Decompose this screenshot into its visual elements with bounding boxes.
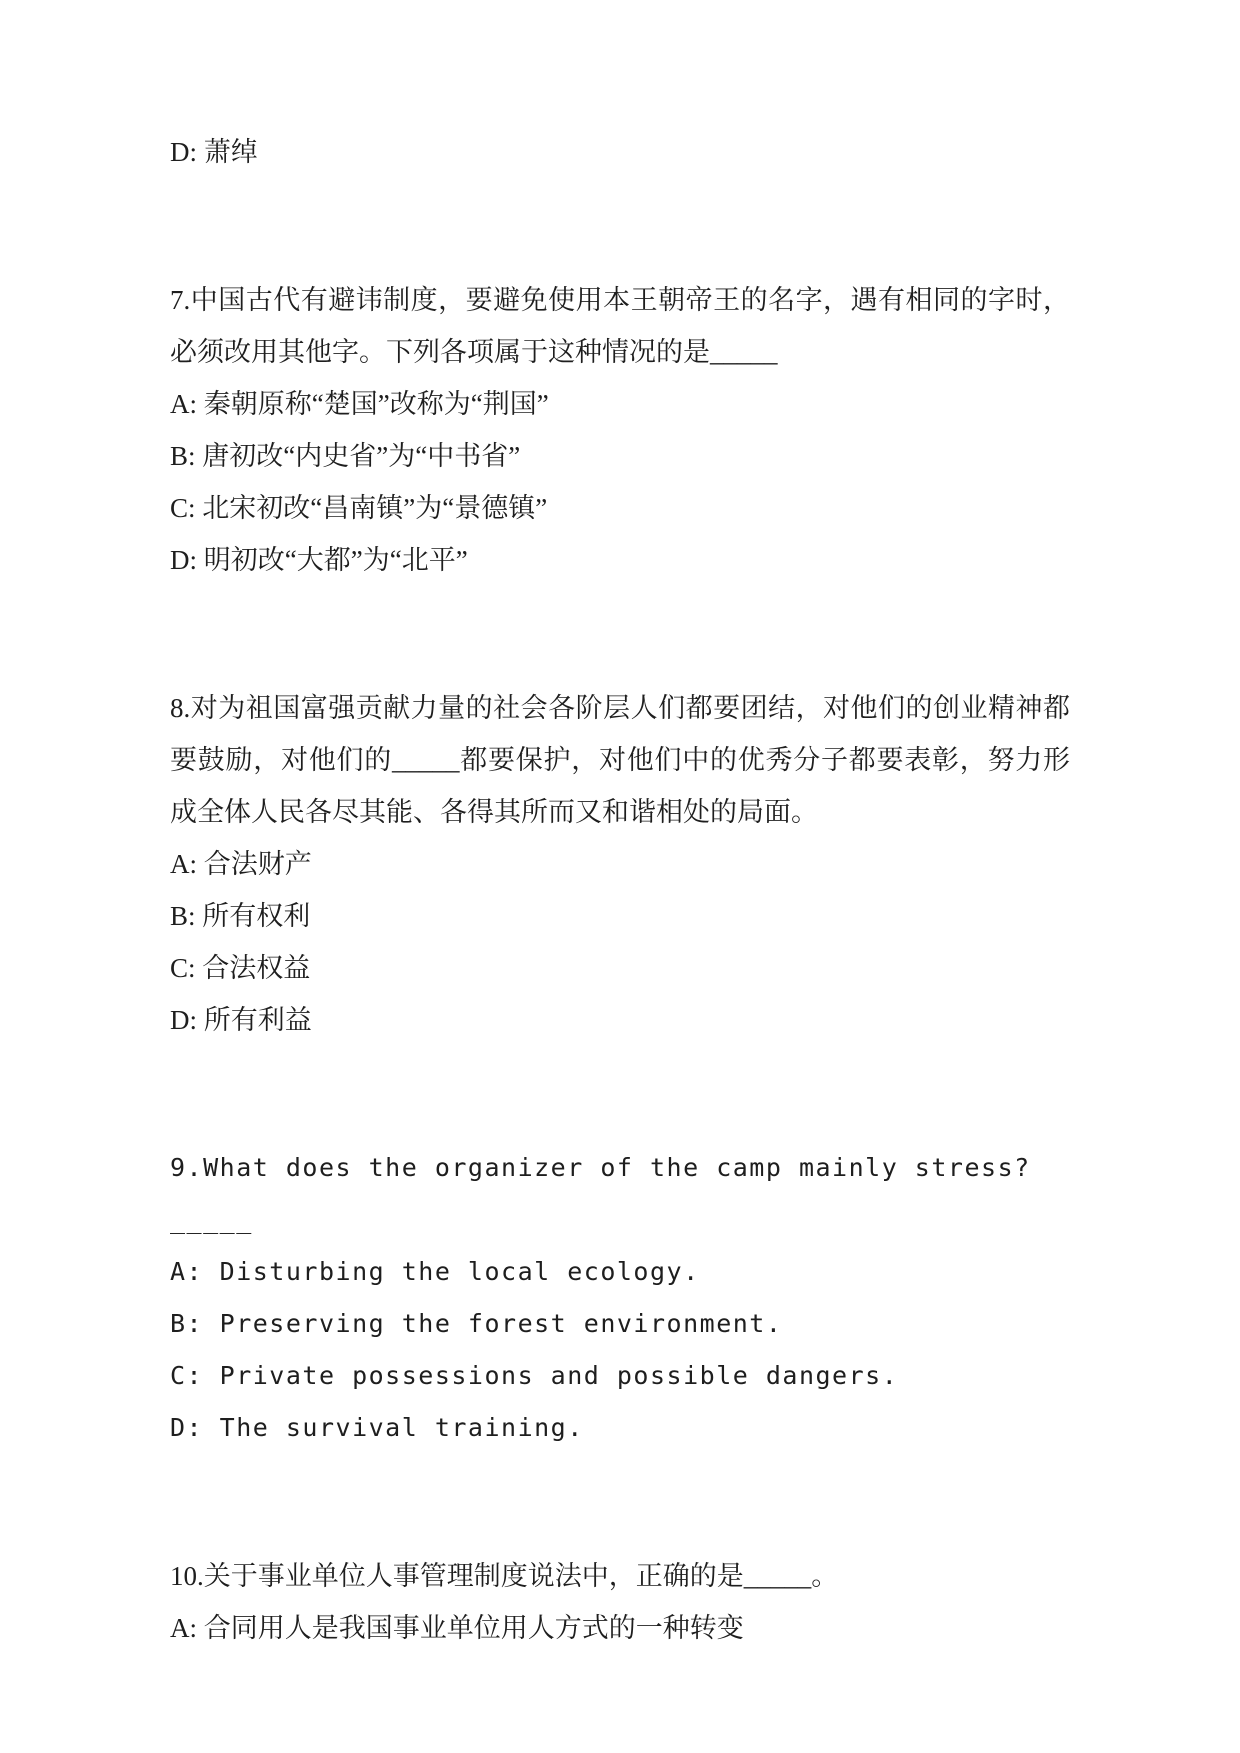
question-8-stem: 8.对为祖国富强贡献力量的社会各阶层人们都要团结，对他们的创业精神都要鼓励，对他… [170, 682, 1070, 838]
exam-document-page: D: 萧绰 7.中国古代有避讳制度，要避免使用本王朝帝王的名字，遇有相同的字时，… [0, 0, 1240, 1753]
question-9: 9.What does the organizer of the camp ma… [170, 1142, 1070, 1454]
question-9-option-b: B: Preserving the forest environment. [170, 1298, 1070, 1350]
question-8: 8.对为祖国富强贡献力量的社会各阶层人们都要团结，对他们的创业精神都要鼓励，对他… [170, 682, 1070, 1046]
question-8-option-d: D: 所有利益 [170, 994, 1070, 1046]
question-8-option-a: A: 合法财产 [170, 838, 1070, 890]
question-6-option-d: D: 萧绰 [170, 126, 1070, 178]
question-10-stem: 10.关于事业单位人事管理制度说法中，正确的是_____。 [170, 1550, 1070, 1602]
question-7-option-d: D: 明初改“大都”为“北平” [170, 534, 1070, 586]
question-7-option-c: C: 北宋初改“昌南镇”为“景德镇” [170, 482, 1070, 534]
question-7-stem: 7.中国古代有避讳制度，要避免使用本王朝帝王的名字，遇有相同的字时，必须改用其他… [170, 274, 1070, 378]
question-9-option-d: D: The survival training. [170, 1402, 1070, 1454]
question-6-tail: D: 萧绰 [170, 126, 1070, 178]
question-8-option-b: B: 所有权利 [170, 890, 1070, 942]
question-9-option-c: C: Private possessions and possible dang… [170, 1350, 1070, 1402]
question-8-option-c: C: 合法权益 [170, 942, 1070, 994]
question-9-stem: 9.What does the organizer of the camp ma… [170, 1142, 1070, 1246]
question-10: 10.关于事业单位人事管理制度说法中，正确的是_____。 A: 合同用人是我国… [170, 1550, 1070, 1654]
question-10-option-a: A: 合同用人是我国事业单位用人方式的一种转变 [170, 1602, 1070, 1654]
question-7-option-b: B: 唐初改“内史省”为“中书省” [170, 430, 1070, 482]
question-7: 7.中国古代有避讳制度，要避免使用本王朝帝王的名字，遇有相同的字时，必须改用其他… [170, 274, 1070, 586]
question-9-option-a: A: Disturbing the local ecology. [170, 1246, 1070, 1298]
question-7-option-a: A: 秦朝原称“楚国”改称为“荆国” [170, 378, 1070, 430]
